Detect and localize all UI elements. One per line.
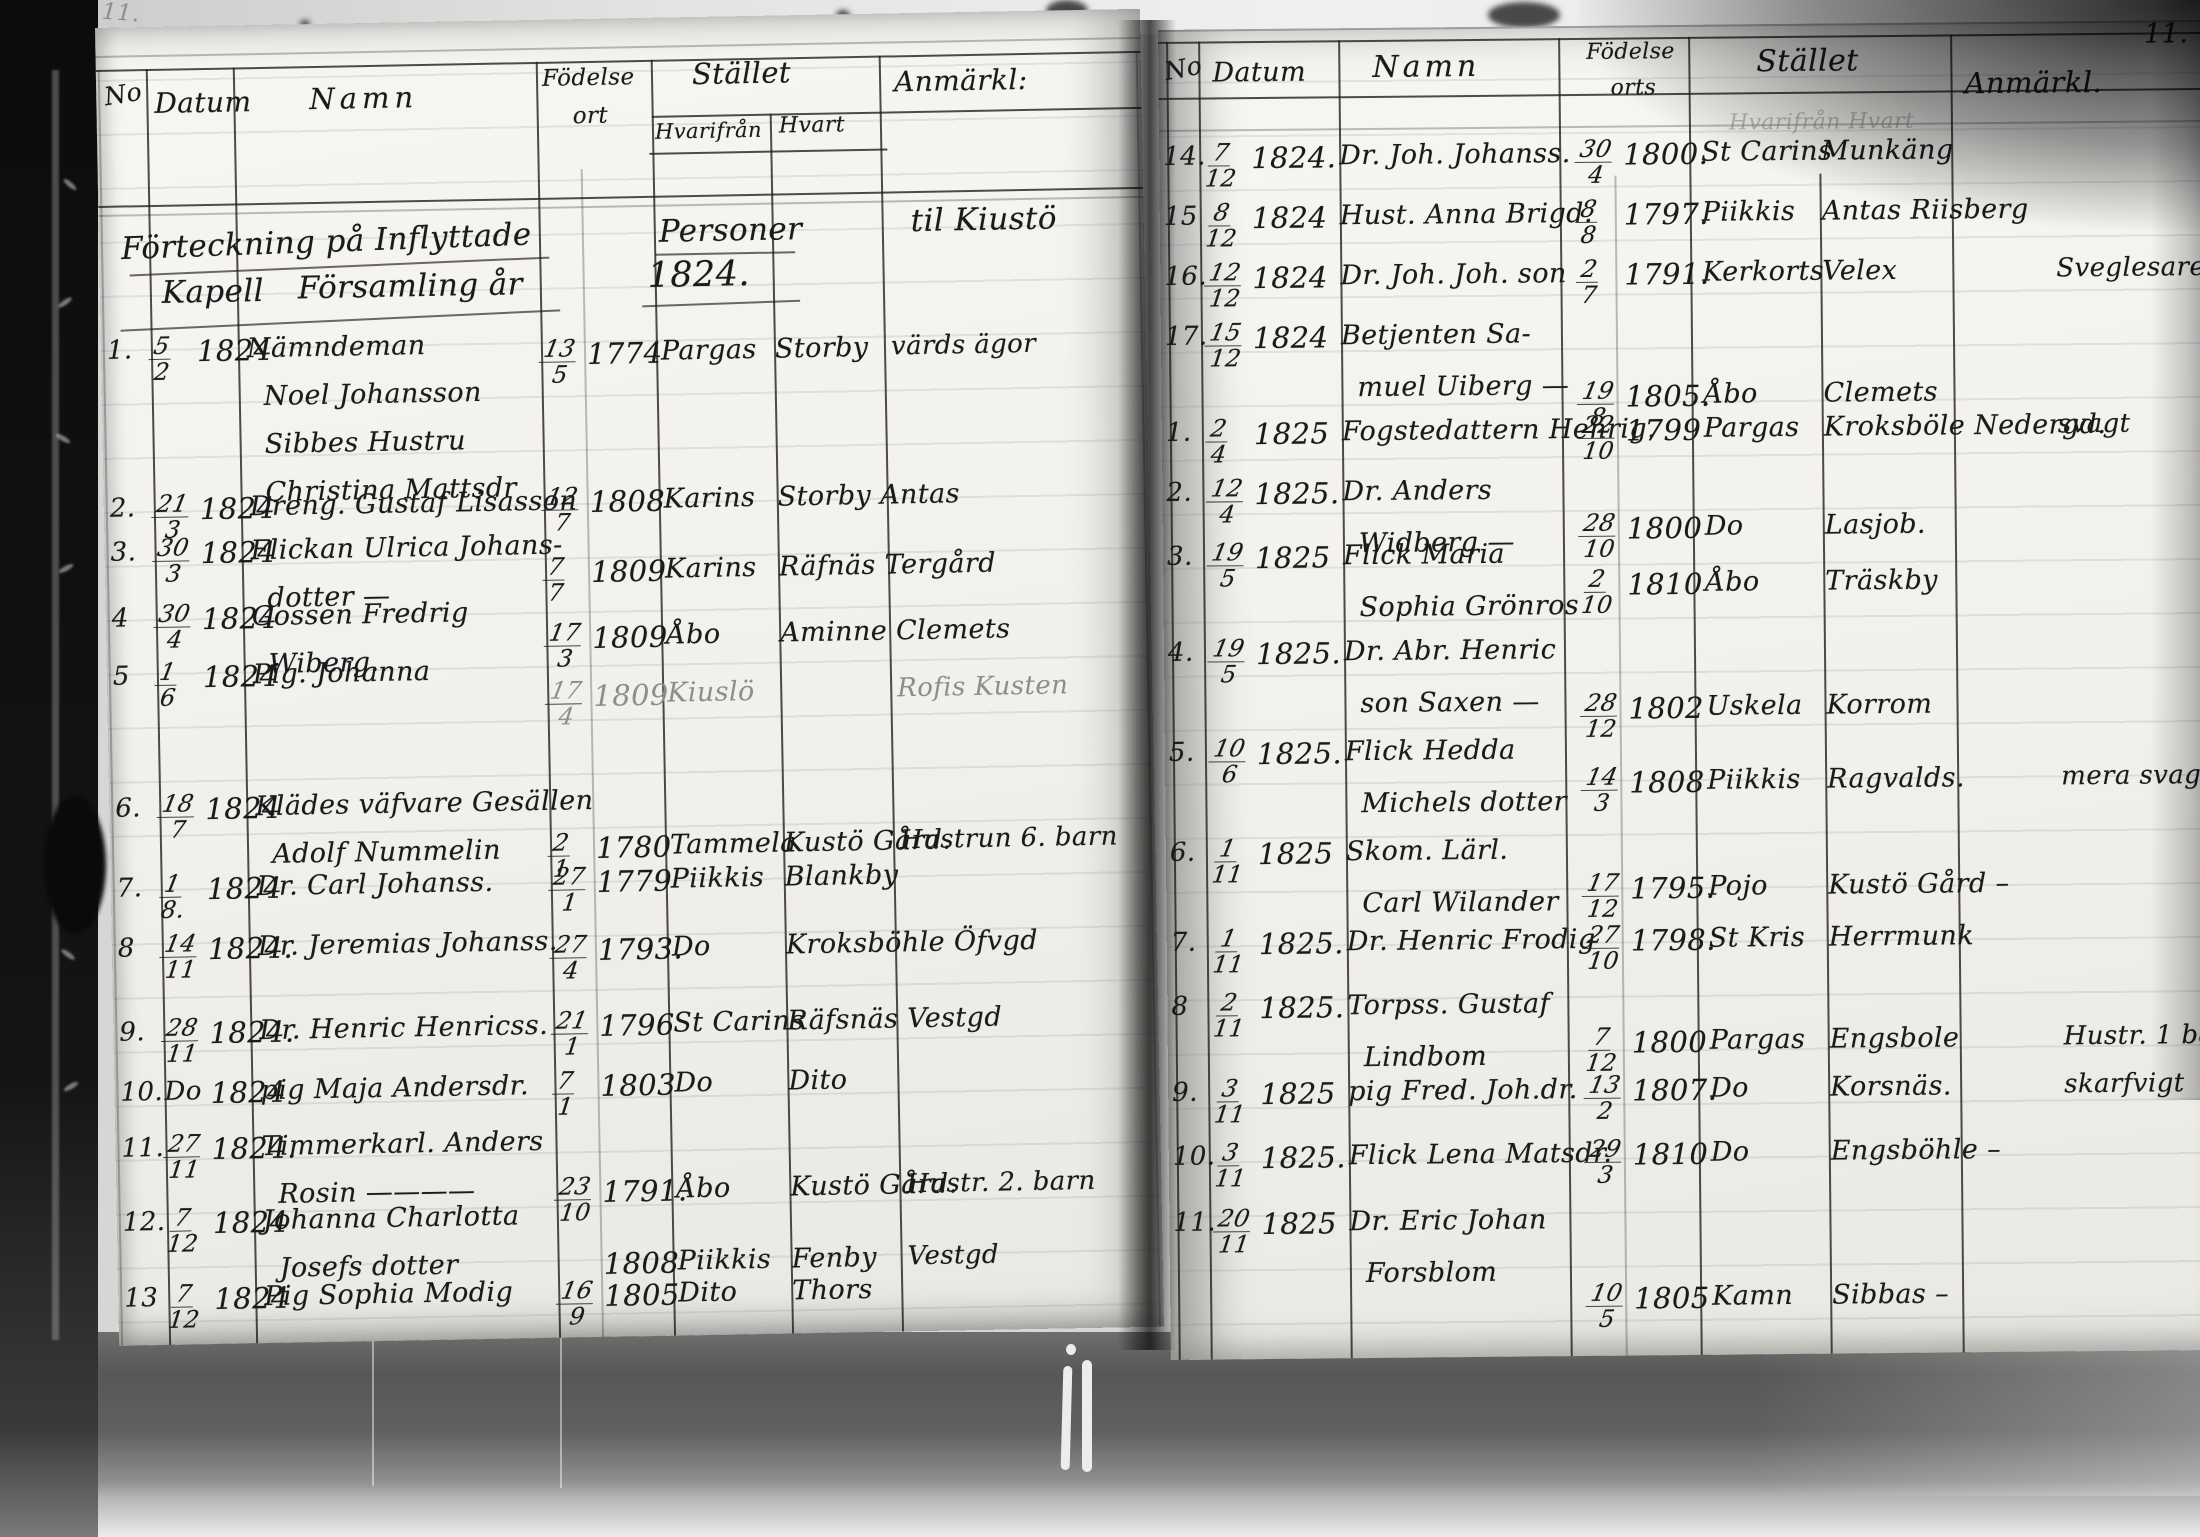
row-birth-year: 1779 (596, 864, 672, 899)
row-to-place: Thors (792, 1274, 873, 1306)
row-name-line: Noel Johansson (263, 377, 482, 412)
rule-line (98, 70, 123, 1346)
row-date: 16 (157, 661, 179, 710)
row-to-place: Ragvalds. (1827, 762, 1965, 794)
row-date: 195 (1210, 637, 1247, 685)
row-name-line: Johanna Charlotta (263, 1200, 520, 1236)
row-to-place: Storby (775, 332, 869, 365)
row-to-place: Clemets (1823, 377, 1938, 409)
row-date: 18. (160, 873, 184, 922)
row-name-line: Pig. Johanna (253, 656, 431, 690)
row-from-place: Tammela (670, 827, 797, 860)
row-name-line: Dr. Joh. Joh. son (1340, 258, 1567, 291)
column-header-anmark: Anmärkl: (894, 63, 1028, 98)
row-date: 2011 (1215, 1207, 1252, 1255)
row-to-place: Lasjob. (1825, 509, 1926, 541)
row-birth-date: 173 (546, 621, 584, 670)
row-year: 1824 (200, 535, 276, 570)
row-birth-date: 2810 (1581, 512, 1618, 560)
row-to-place: Aminne Clemets (780, 613, 1011, 648)
rule-line (1198, 42, 1213, 1360)
row-date: 311 (1215, 1141, 1246, 1189)
row-remark: Vestgd (907, 1240, 999, 1272)
row-date: 1212 (1206, 261, 1243, 309)
row-date: 712 (1205, 141, 1236, 189)
row-name-line: Dr. Jeremias Johanss. (258, 926, 558, 962)
row-name-line: Michels dotter (1361, 786, 1567, 819)
column-header-datum: Datum (1212, 57, 1306, 89)
corner-page-note: 11. (101, 0, 141, 27)
row-to-place: Blankby (784, 859, 898, 892)
row-birth-date: 132 (1586, 1074, 1623, 1122)
row-date: 52 (151, 335, 173, 384)
row-from-place: Åbo (676, 1173, 731, 1205)
row-number: 11. (121, 1133, 164, 1164)
row-name-line: Pig Sophia Modig (264, 1277, 513, 1313)
row-from-place: Pargas (1704, 412, 1800, 444)
row-remark: Hustrun 6. barn (900, 821, 1118, 855)
rule-line (1950, 34, 1965, 1352)
row-remark: svagt (2058, 409, 2131, 440)
row-birth-date: 2812 (1582, 692, 1619, 740)
column-header-namn: Namn (1372, 49, 1480, 85)
row-birth-year: 1796 (599, 1008, 675, 1043)
row-from-place: St Carins (673, 1005, 805, 1038)
row-date: 712 (167, 1206, 199, 1255)
row-date: 2711 (165, 1132, 203, 1181)
row-birth-year: 1791. (1624, 257, 1709, 292)
row-date: 304 (156, 602, 194, 651)
row-year: 1824 (213, 1205, 289, 1240)
row-name-line: Flick Lena Matsdr. (1349, 1138, 1613, 1172)
row-birth-year: 1791. (602, 1173, 688, 1209)
row-number: 5 (113, 661, 131, 691)
row-date: Do (164, 1076, 202, 1107)
row-year: 1824 (205, 791, 281, 826)
row-date: 195 (1209, 541, 1246, 589)
rule-line (1688, 37, 1703, 1355)
row-from-place: Uskela (1706, 690, 1802, 722)
row-to-place: Engsböhle – (1831, 1134, 2002, 1167)
scan-corner-shadow (1580, 0, 2200, 230)
row-to-place: Storby Antas (777, 478, 960, 512)
row-from-place: Piikkis (677, 1244, 771, 1277)
row-birth-year: 1805. (1625, 379, 1710, 414)
row-to-place: Kroksböhle Öfvgd (786, 925, 1039, 961)
row-name-line: Flick Hedda (1345, 735, 1516, 768)
row-name-line: Christina Mattsdr (265, 472, 517, 508)
row-date: 24 (1208, 417, 1230, 465)
rule-line (1819, 174, 1832, 1354)
row-year: 1824 (202, 601, 278, 636)
row-birth-year: 1805 (604, 1278, 680, 1313)
rule-line (1338, 40, 1353, 1358)
row-year: 1825. (1259, 990, 1344, 1025)
row-name-line: Sophia Grönros (1359, 590, 1579, 623)
row-name-line: Adolf Nummelin (272, 835, 501, 870)
row-birth-year: 1803 (600, 1068, 676, 1103)
title-underline (121, 309, 561, 331)
row-to-place: Herrmunk (1829, 920, 1975, 952)
register-title-part: til Kiustö (910, 200, 1057, 239)
row-birth-date: 143 (1583, 766, 1620, 814)
row-remark: Hustr. 2. barn (906, 1166, 1096, 1199)
row-name-line: pig Maja Andersdr. (260, 1070, 529, 1106)
row-to-place: Korsnäs. (1830, 1070, 1952, 1102)
row-birth-year: 1807. (1632, 1073, 1717, 1108)
row-to-place: Kustö Gård. (784, 824, 952, 858)
row-from-place: Do (1710, 1072, 1749, 1103)
row-name-line: Josefs dotter (279, 1250, 458, 1284)
row-from-place: Pargas (1710, 1024, 1806, 1056)
row-name-line: Forsblom (1366, 1257, 1498, 1289)
left-page: No Datum Namn Födelse ort Stället Hvarif… (95, 9, 1164, 1346)
column-header-fodelse: Födelse (542, 64, 635, 92)
column-header-fodelse-ort: ort (572, 103, 608, 130)
scan-band-mark (1082, 1360, 1092, 1472)
row-name-line: Flickan Ulrica Johans- (250, 530, 563, 567)
row-birth-date: 2210 (1580, 414, 1617, 462)
row-from-place: Åbo (1703, 378, 1758, 410)
row-to-place: Fenby (791, 1242, 877, 1275)
scan-band-mark (1066, 1344, 1076, 1355)
row-name-line: Dr. Carl Johanss. (256, 867, 493, 902)
rule-line (1614, 176, 1627, 1356)
row-year: 1825 (1261, 1206, 1337, 1241)
row-from-place: Kerkorts (1702, 256, 1824, 288)
row-number: 6. (115, 793, 141, 823)
row-from-place: Do (674, 1067, 713, 1099)
row-birth-date: 271 (550, 865, 588, 914)
row-year: 1825. (1257, 736, 1342, 771)
register-title-part: Församling år (297, 266, 523, 306)
row-birth-date: 169 (558, 1279, 596, 1328)
row-name-line: Skom. Lärl. (1346, 835, 1509, 868)
row-name-line: Lindbom (1364, 1041, 1487, 1073)
scan-smudge (1488, 2, 1560, 28)
row-birth-date: 210 (1581, 568, 1612, 616)
row-name-line: Rosin ———— (278, 1175, 476, 1210)
row-to-place: Velex (1822, 255, 1897, 287)
row-name-line: son Saxen — (1360, 686, 1540, 719)
row-birth-date: 2710 (1585, 924, 1622, 972)
row-to-place: Kustö Gård – (1828, 868, 2010, 901)
scan-band-light (1750, 1332, 2200, 1498)
scan-right-shadow (2150, 0, 2200, 1100)
row-date: 712 (168, 1282, 200, 1331)
row-from-place: Pargas (661, 334, 757, 367)
row-to-place: Korrom (1826, 689, 1932, 721)
row-name-line: Wiberg. (268, 647, 379, 680)
rule-line (770, 114, 794, 1334)
row-birth-date: 2310 (556, 1175, 594, 1224)
row-birth-year: 1780 (596, 830, 672, 865)
row-number: 13 (124, 1283, 158, 1314)
row-from-place: Dito (678, 1276, 738, 1308)
row-from-place: Do (1711, 1136, 1750, 1167)
row-number: 12. (123, 1207, 166, 1238)
row-birth-date: 174 (547, 679, 585, 728)
scanned-register-image: 11. No Datum Namn Födelse ort Stället Hv… (0, 0, 2200, 1537)
row-birth-year: 1810 (1633, 1137, 1709, 1172)
row-birth-year: 1800 (1627, 511, 1703, 546)
row-from-place: Kiuslö (667, 676, 755, 709)
row-name-line: Dreng. Gustaf Lisasson (250, 485, 578, 522)
row-birth-year: 1808 (1629, 765, 1705, 800)
row-year: 1824 (1252, 260, 1328, 295)
row-birth-year: 1809 (592, 620, 668, 655)
row-birth-date: 105 (1588, 1282, 1625, 1330)
book-gutter-shadow (1118, 20, 1176, 1350)
rule-line (1558, 38, 1573, 1356)
row-from-place: Åbo (1705, 566, 1760, 598)
row-birth-year: 1800 (1632, 1025, 1708, 1060)
row-from-place: Do (1705, 510, 1744, 541)
row-birth-date: 71 (554, 1069, 576, 1118)
row-to-place: Räfsnäs Vestgd (787, 1002, 1002, 1037)
row-birth-date: 27 (1578, 258, 1600, 306)
row-name-line: Klädes väfvare Gesällen (255, 785, 594, 822)
row-birth-year: 1774 (587, 336, 663, 371)
row-year: 1825. (1254, 476, 1339, 511)
row-birth-year: 1795. (1630, 871, 1715, 906)
row-from-place: Do (672, 931, 711, 963)
row-birth-date: 135 (541, 337, 579, 386)
row-birth-year: 1808 (603, 1246, 679, 1281)
row-name-line: Nämndeman (247, 330, 426, 364)
row-number: 7. (117, 873, 143, 903)
register-title-part: Kapell (162, 273, 265, 311)
row-date: 187 (159, 792, 197, 841)
row-year: 1825. (1256, 636, 1341, 671)
row-date: 1512 (1207, 321, 1244, 369)
column-header-no: No (102, 77, 144, 112)
rule-line (879, 56, 904, 1332)
register-title-part: 1824. (647, 254, 750, 296)
row-date: 311 (1214, 1077, 1245, 1125)
rule-line (536, 62, 561, 1338)
row-to-place: Kustö Gård. (790, 1168, 958, 1202)
column-header-namn: Namn (309, 80, 418, 116)
row-from-place: Karins (665, 552, 757, 585)
row-birth-date: 127 (543, 485, 581, 534)
row-date: 111 (1212, 837, 1243, 885)
row-to-place: Sibbas – (1832, 1278, 1949, 1310)
row-year: 1824. (1251, 140, 1336, 175)
ink-blob-left (44, 796, 106, 934)
row-to-place: Engsbole (1830, 1022, 1960, 1054)
rule-line (651, 60, 676, 1336)
column-header-datum: Datum (154, 85, 252, 120)
row-birth-year: 1798. (1631, 923, 1716, 958)
row-birth-date: 1712 (1584, 872, 1621, 920)
scan-band-line (560, 1338, 562, 1488)
row-birth-year: 1799 (1626, 413, 1702, 448)
row-date: 211 (1213, 991, 1244, 1039)
column-header-hvarifran: Hvarifrån (655, 118, 762, 144)
row-from-place: St Kris (1709, 922, 1806, 954)
row-date: 111 (1213, 927, 1244, 975)
row-name-line: Dr. Eric Johan (1349, 1204, 1547, 1237)
row-remark: Rofis Kusten (897, 670, 1069, 703)
row-to-place: Dito (788, 1064, 848, 1096)
row-name-line: Dr. Joh. Johanss. (1339, 138, 1571, 171)
rule-line (649, 149, 887, 155)
row-year: 1824 (203, 659, 279, 694)
row-birth-year: 1793. (598, 931, 684, 967)
row-name-line: Betjenten Sa- (1341, 318, 1531, 351)
scan-edge-left (0, 0, 98, 1537)
row-number: 9. (119, 1017, 145, 1047)
row-name-line: Carl Wilander (1362, 886, 1559, 919)
row-name-line: Fogstedattern Henrig. (1342, 413, 1656, 447)
row-year: 1824 (206, 871, 282, 906)
row-year: 1824 (210, 1075, 286, 1110)
row-year: 1824 (200, 491, 276, 526)
row-birth-year: 1809 (591, 554, 667, 589)
row-name-line: muel Uiberg — (1357, 370, 1569, 403)
row-name-line: Sibbes Hustru (264, 425, 466, 460)
row-birth-year: 1805 (1634, 1281, 1710, 1316)
title-underline (642, 300, 800, 307)
row-from-place: Åbo (666, 619, 721, 651)
row-from-place: Piikkis (670, 862, 764, 895)
row-remark: värds ägor (891, 329, 1037, 362)
row-birth-date: 712 (1586, 1026, 1617, 1074)
rule-line (652, 107, 1142, 118)
row-year: 1825. (1259, 926, 1344, 961)
row-name-line: Timmerkarl. Anders (261, 1126, 544, 1162)
row-year: 1824 (1252, 200, 1328, 235)
row-year: 1824 (214, 1281, 290, 1316)
row-year: 1825. (1261, 1140, 1346, 1175)
row-from-place: Pojo (1708, 870, 1768, 902)
row-year: 1825 (1254, 416, 1330, 451)
row-from-place: Kamn (1712, 1280, 1793, 1312)
row-date: 303 (154, 536, 192, 585)
row-name-line: Dr. Henric Henricss. (259, 1010, 548, 1046)
row-name-line: pig Fred. Joh.dr. (1348, 1074, 1578, 1107)
row-name-line: Dr. Anders (1342, 475, 1492, 507)
row-from-place: Piikkis (1707, 764, 1801, 796)
row-year: 1825 (1260, 1076, 1336, 1111)
row-birth-date: 198 (1579, 380, 1616, 428)
row-name-line: Dr. Abr. Henric (1344, 634, 1557, 667)
row-to-place: Kroksböle Nedergd. (1824, 409, 2107, 443)
row-to-place: Träskby (1825, 565, 1938, 597)
rule-line (581, 169, 604, 1337)
row-birth-date: 274 (552, 933, 590, 982)
row-date: 213 (154, 492, 192, 541)
row-number: 10. (120, 1077, 163, 1108)
row-birth-date: 21 (550, 831, 572, 880)
column-header-stallet: Stället (692, 55, 792, 91)
row-name-line: Widberg — (1359, 527, 1515, 559)
row-number: 3. (110, 537, 136, 567)
row-from-place: Karins (663, 482, 755, 515)
row-name-line: Flick Maria (1343, 539, 1505, 572)
row-date: 106 (1211, 737, 1248, 785)
row-year: 1825 (1258, 836, 1334, 871)
row-date: 812 (1206, 201, 1237, 249)
row-birth-date: 211 (553, 1009, 591, 1058)
row-birth-date: 77 (545, 555, 567, 604)
row-name-line: Hust. Anna Brigd. (1340, 198, 1593, 231)
row-birth-year: 1810 (1627, 567, 1703, 602)
row-date: 2811 (163, 1016, 201, 1065)
scan-band-line (372, 1340, 374, 1486)
row-birth-date: 293 (1587, 1138, 1624, 1186)
row-number: 1. (107, 335, 133, 365)
row-birth-year: 1808 (589, 484, 665, 519)
register-title-part: Personer (658, 211, 802, 250)
row-name-line: Dr. Henric Frodig (1347, 924, 1596, 957)
row-name-line: Torpss. Gustaf (1347, 988, 1550, 1021)
row-number: 4 (112, 603, 130, 633)
row-year: 1824 (1253, 320, 1329, 355)
row-name-line: dotter — (267, 581, 390, 614)
page-edge-highlight (52, 70, 59, 1340)
scan-edge-bottom (0, 1496, 2200, 1537)
row-date: 124 (1208, 477, 1245, 525)
row-year: 1824 (197, 333, 273, 368)
row-year: 1825 (1255, 540, 1331, 575)
row-name-line: Gossen Fredrig (252, 597, 469, 632)
row-date: 1411 (162, 932, 200, 981)
column-header-hvart: Hvart (779, 112, 846, 138)
row-number: 2. (110, 493, 136, 523)
row-birth-year: 1802 (1628, 691, 1704, 726)
row-number: 8 (118, 933, 136, 963)
row-birth-year: 1809 (593, 678, 669, 713)
